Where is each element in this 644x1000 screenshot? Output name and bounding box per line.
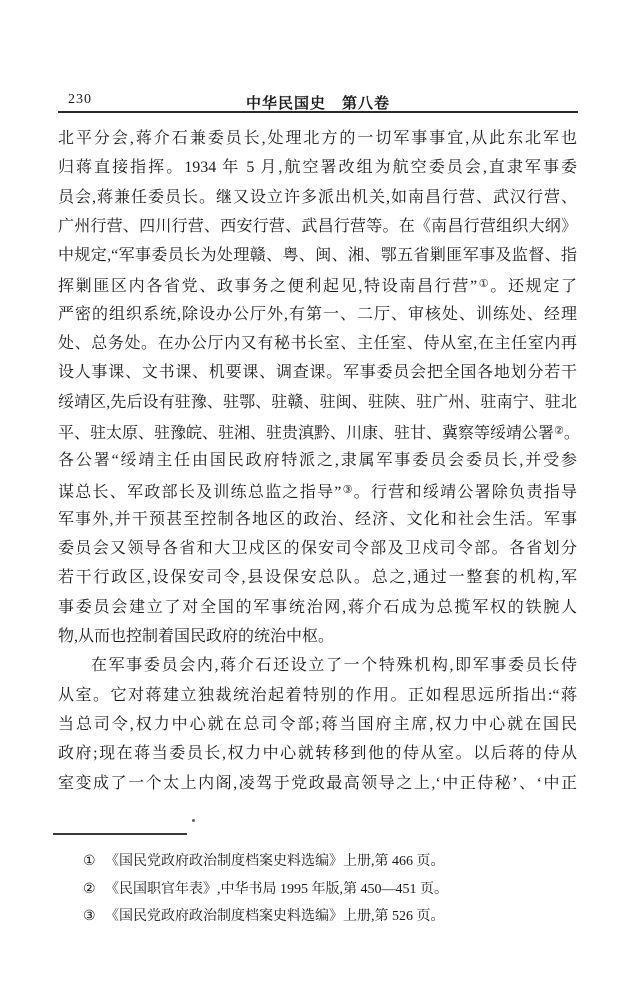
text-line: 中规定,“军事委员长为处理赣、粤、闽、湘、鄂五省剿匪军事及监督、指 [58, 241, 577, 270]
text-line: 在军事委员会内,蒋介石还设立了一个特殊机构,即军事委员长侍 [58, 651, 577, 680]
text-line: 设人事课、文书课、机要课、调查课。军事委员会把全国各地划分若干 [58, 358, 577, 387]
text-line: 军事外,并干预甚至控制各地区的政治、经济、文化和社会生活。军事 [58, 505, 577, 534]
book-page: 230 中华民国史 第八卷 北平分会,蒋介石兼委员长,处理北方的一切军事事宜,从… [0, 0, 644, 1000]
footnote-text: 《民国职官年表》,中华书局 1995 年版,第 450—451 页。 [105, 882, 448, 897]
text-line: 绥靖区,先后设有驻豫、驻鄂、驻赣、驻闽、驻陕、驻广州、驻南宁、驻北 [58, 388, 577, 417]
footnote-item: ③《国民党政府政治制度档案史料选编》上册,第 526 页。 [58, 903, 578, 931]
text-line: 委员会又领导各省和大卫戍区的保安司令部及卫戍司令部。各省划分 [58, 534, 577, 563]
text-line: 北平分会,蒋介石兼委员长,处理北方的一切军事事宜,从此东北军也 [58, 124, 577, 153]
footnote-marker: ③ [83, 903, 105, 931]
text-line: 政府;现在蒋当委员长,权力中心就转移到他的侍从室。以后蒋的侍从 [58, 739, 577, 768]
text-line: 若干行政区,设保安司令,县设保安总队。总之,通过一整套的机构,军 [58, 563, 577, 592]
footnote-item: ②《民国职官年表》,中华书局 1995 年版,第 450—451 页。 [58, 876, 578, 904]
text-line: 挥剿匪区内各省党、政事务之便利起见,特设南昌行营”①。还规定了 [58, 270, 577, 299]
text-line: 从室。它对蒋建立独裁统治起着特别的作用。正如程思远所指出:“蒋 [58, 681, 577, 710]
footnote-list: ①《国民党政府政治制度档案史料选编》上册,第 466 页。②《民国职官年表》,中… [58, 848, 578, 931]
header-rule [58, 111, 578, 113]
text-line: 归蒋直接指挥。1934 年 5 月,航空署改组为航空委员会,直隶军事委 [58, 153, 577, 182]
text-line: 广州行营、四川行营、西安行营、武昌行营等。在《南昌行营组织大纲》 [58, 212, 577, 241]
footnote-text: 《国民党政府政治制度档案史料选编》上册,第 466 页。 [105, 854, 445, 869]
text-line: 谋总长、军政部长及训练总监之指导”③。行营和绥靖公署除负责指导 [58, 476, 577, 505]
running-header: 230 中华民国史 第八卷 [58, 92, 578, 110]
footnote-ref: ② [554, 425, 564, 437]
text-line: 处、总务处。在办公厅内又有秘书长室、主任室、侍从室,在主任室内再 [58, 329, 577, 358]
text-line: 物,从而也控制着国民政府的统治中枢。 [58, 622, 577, 651]
footnote-ref: ③ [341, 484, 353, 496]
text-line: 严密的组织系统,除设办公厅外,有第一、二厅、审核处、训练处、经理 [58, 300, 577, 329]
text-line: 当总司令,权力中心就在总司令部;蒋当国府主席,权力中心就在国民 [58, 710, 577, 739]
footnote-item: ①《国民党政府政治制度档案史料选编》上册,第 466 页。 [58, 848, 578, 876]
running-title: 中华民国史 第八卷 [58, 92, 578, 113]
footnote-ref: ① [477, 278, 490, 290]
ink-speck [192, 819, 195, 822]
footnote-text: 《国民党政府政治制度档案史料选编》上册,第 526 页。 [105, 909, 445, 924]
body-text: 北平分会,蒋介石兼委员长,处理北方的一切军事事宜,从此东北军也归蒋直接指挥。19… [58, 124, 577, 798]
footnote-marker: ① [83, 848, 105, 876]
text-line: 各公署“绥靖主任由国民政府特派之,隶属军事委员会委员长,并受参 [58, 446, 577, 475]
text-line: 室变成了一个太上内阁,凌驾于党政最高领导之上,‘中正侍秘’、‘中正 [58, 769, 577, 798]
text-line: 员会,蒋兼任委员长。继又设立许多派出机关,如南昌行营、武汉行营、 [58, 183, 577, 212]
text-line: 平、驻太原、驻豫皖、驻湘、驻贵滇黔、川康、驻甘、冀察等绥靖公署②。 [58, 417, 577, 446]
text-line: 事委员会建立了对全国的军事统治网,蒋介石成为总揽军权的铁腕人 [58, 593, 577, 622]
footnote-marker: ② [83, 876, 105, 904]
footnote-separator [53, 833, 187, 835]
